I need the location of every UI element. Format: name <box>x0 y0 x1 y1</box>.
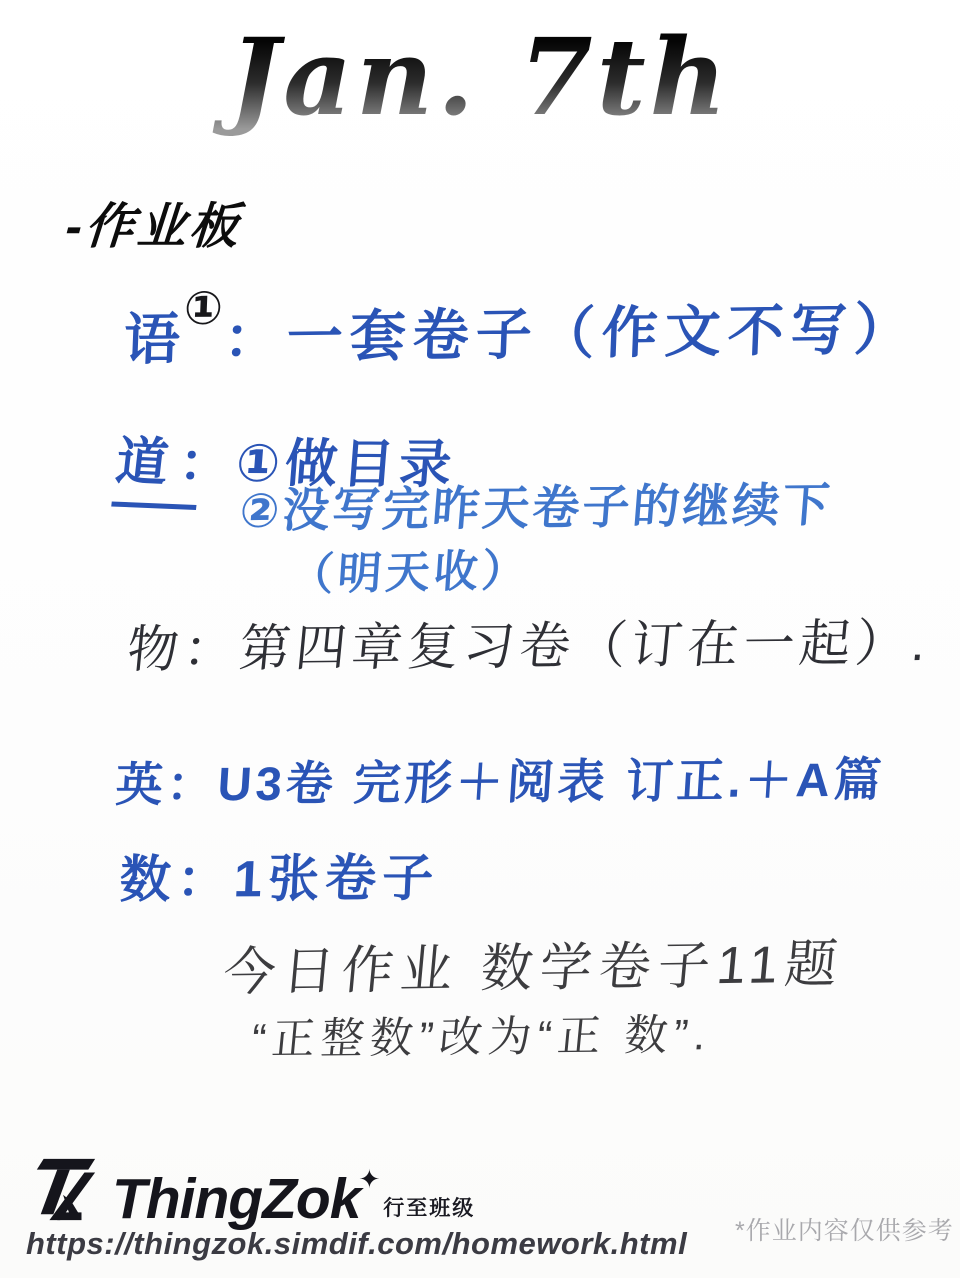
task-english: U3卷 完形＋阅表 订正.＋A篇 <box>216 753 887 811</box>
colon-chinese: ： <box>223 306 288 370</box>
homework-photo-sheet: Jan. 7th -作业板 语①：一套卷子（作文不写） 道：①做目录 ②没写完昨… <box>0 0 960 1278</box>
homework-line-physics: 物：第四章复习卷（订在一起）. <box>124 601 934 682</box>
colon-english: ： <box>165 757 219 810</box>
sparkle-icon: ✦ <box>358 1164 379 1194</box>
footer-brand: ThingZok✦ 行至班级 <box>30 1156 475 1224</box>
homework-line-math: 数：1张卷子 <box>118 836 441 912</box>
subject-english: 英 <box>114 758 168 811</box>
homework-line-chinese: 语①：一套卷子（作文不写） <box>122 285 918 376</box>
homework-line-english: 英：U3卷 完形＋阅表 订正.＋A篇 <box>114 743 887 815</box>
colon-math: ： <box>175 850 235 907</box>
circled-one-badge: ① <box>183 282 224 335</box>
task-math: 1张卷子 <box>232 849 440 907</box>
task-chinese: 一套卷子（作文不写） <box>286 297 918 369</box>
subject-dao: 道 <box>111 419 206 510</box>
colon-physics: ： <box>181 620 243 678</box>
brand-tagline: 行至班级 <box>383 1192 475 1222</box>
disclaimer-watermark: *作业内容仅供参考 <box>735 1211 954 1247</box>
date-title: Jan. 7th <box>0 14 960 139</box>
homework-site-url: https://thingzok.simdif.com/homework.htm… <box>26 1226 687 1262</box>
task-physics: 第四章复习卷（订在一起）. <box>237 614 934 677</box>
brand-name: ThingZok✦ <box>112 1171 381 1228</box>
homework-line-dao-item2: ②没写完昨天卷子的继续下 <box>237 468 835 541</box>
thingzok-logo-icon <box>30 1156 100 1224</box>
homework-line-dao-note: （明天收） <box>288 534 532 603</box>
subject-chinese: 语 <box>123 307 188 371</box>
brand-name-text: ThingZok <box>112 1167 360 1231</box>
homework-note-today: 今日作业 数学卷子11题 <box>221 921 848 1005</box>
subject-math: 数 <box>118 851 178 908</box>
homework-note-correction: “正整数”改为“正 数”. <box>249 1001 715 1067</box>
board-title: -作业板 <box>64 188 244 258</box>
subject-physics: 物 <box>125 620 187 678</box>
